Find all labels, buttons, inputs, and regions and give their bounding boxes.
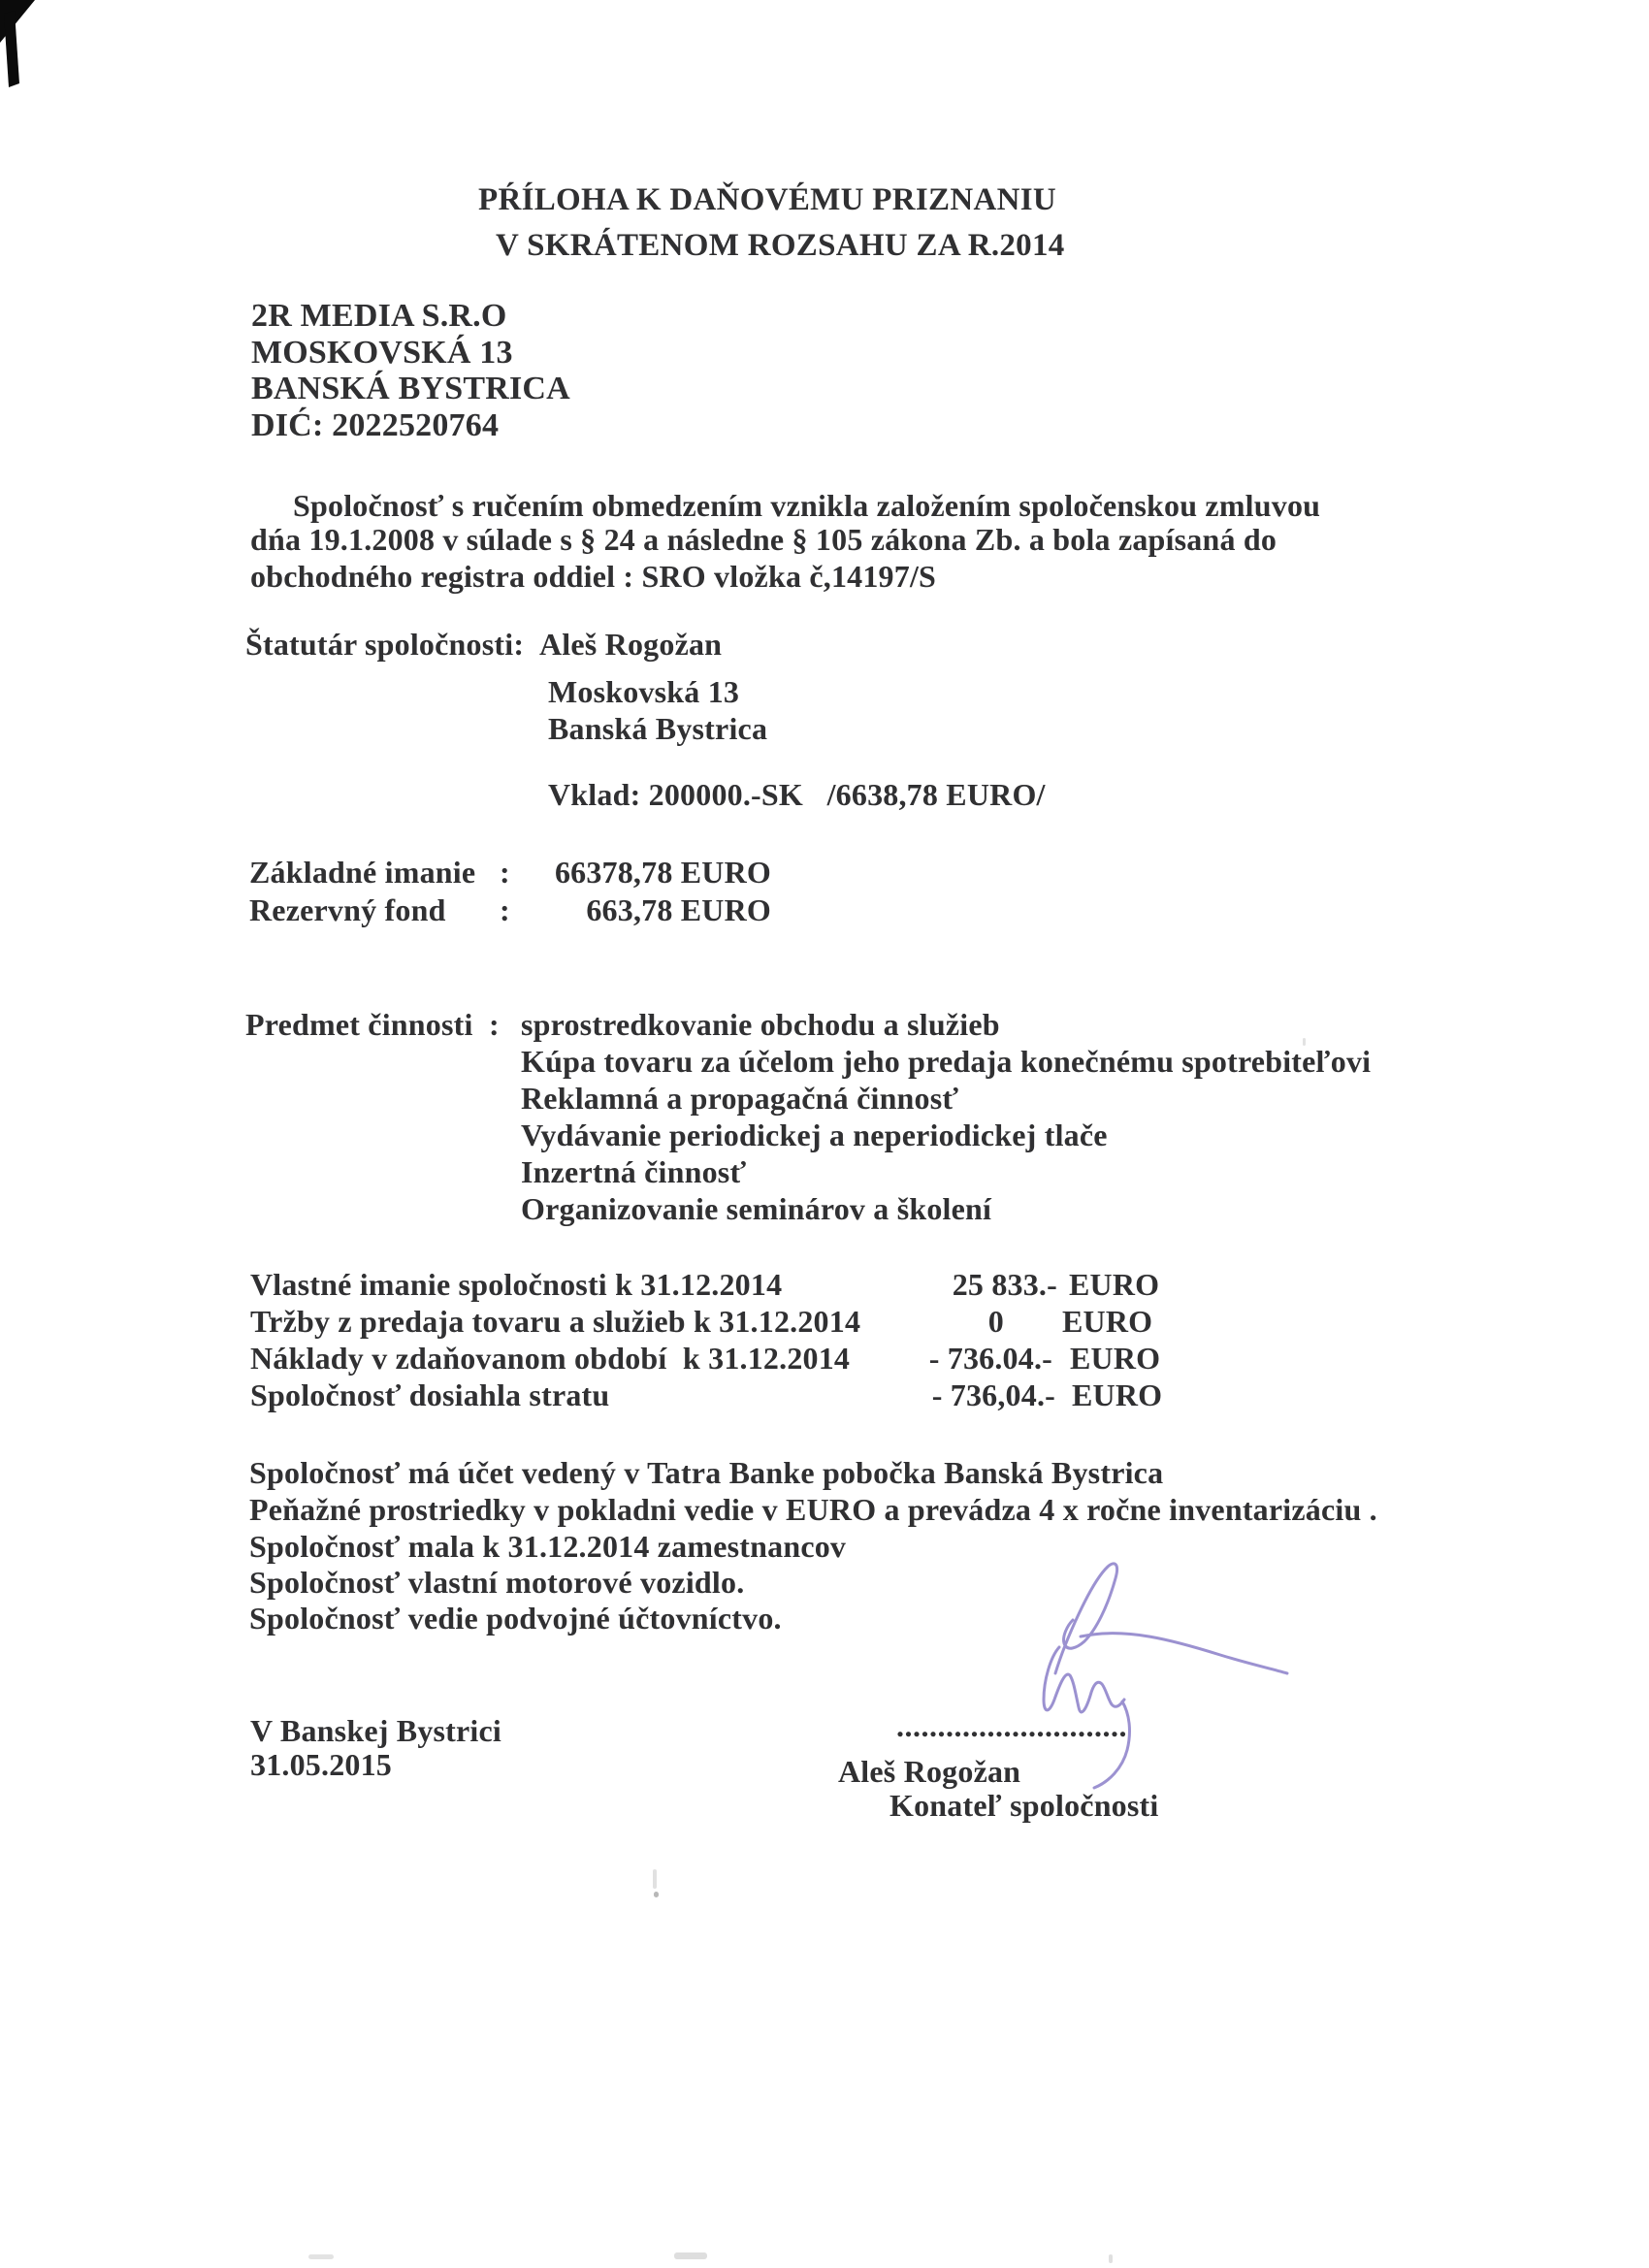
- document-page: PŔÍLOHA K DAŇOVÉMU PRIZNANIU V SKRÁTENOM…: [0, 0, 1649, 2268]
- note-line: Spoločnosť vedie podvojné účtovníctvo.: [249, 1601, 782, 1636]
- signature-dotted-line: ............................: [896, 1708, 1127, 1743]
- financial-row-value: 0: [829, 1304, 1004, 1339]
- financial-row-label: Tržby z predaja tovaru a služieb k 31.12…: [250, 1304, 860, 1339]
- statutory-name: Aleš Rogožan: [539, 627, 722, 662]
- financial-row-currency: EURO: [1070, 1341, 1160, 1376]
- financial-row-value: - 736.04.-: [829, 1341, 1052, 1376]
- intro-line: dńa 19.1.2008 v súlade s § 24 a následne…: [250, 522, 1277, 557]
- business-item: Kúpa tovaru za účelom jeho predaja koneč…: [521, 1044, 1371, 1079]
- business-item: Inzertná činnosť: [521, 1154, 746, 1189]
- footer-date: 31.05.2015: [250, 1747, 392, 1782]
- company-street: MOSKOVSKÁ 13: [251, 336, 513, 371]
- statutory-city: Banská Bystrica: [548, 711, 767, 746]
- company-city: BANSKÁ BYSTRICA: [251, 372, 570, 406]
- statutory-label: Štatutár spoločnosti:: [245, 627, 524, 662]
- financial-row-currency: EURO: [1069, 1267, 1159, 1302]
- business-item: sprostredkovanie obchodu a služieb: [521, 1007, 1000, 1042]
- financial-row-label: Náklady v zdaňovanom období k 31.12.2014: [250, 1341, 850, 1376]
- signer-name: Aleš Rogožan: [838, 1754, 1020, 1789]
- document-title-line1: PŔÍLOHA K DAŇOVÉMU PRIZNANIU: [478, 182, 1056, 217]
- capital-row-label: Základné imanie: [249, 855, 475, 890]
- financial-row-currency: EURO: [1072, 1377, 1162, 1412]
- capital-row-value: 663,78 EURO: [480, 892, 771, 927]
- footer-place: V Banskej Bystrici: [250, 1713, 501, 1748]
- note-line: Peňažné prostriedky v pokladni vedie v E…: [249, 1492, 1377, 1527]
- financial-row-label: Spoločnosť dosiahla stratu: [250, 1377, 609, 1412]
- note-line: Spoločnosť vlastní motorové vozidlo.: [249, 1565, 744, 1600]
- capital-row-value: 66378,78 EURO: [480, 855, 771, 890]
- company-name: 2R MEDIA S.R.O: [251, 299, 507, 334]
- financial-row-value: - 736,04.-: [829, 1377, 1055, 1412]
- capital-row-label: Rezervný fond: [249, 892, 446, 927]
- scan-artifact-smudge: [653, 1869, 657, 1889]
- signer-title: Konateľ spoločnosti: [889, 1788, 1159, 1823]
- scan-artifact-corner: [0, 0, 58, 107]
- statutory-street: Moskovská 13: [548, 674, 739, 709]
- document-title-line2: V SKRÁTENOM ROZSAHU ZA R.2014: [496, 228, 1065, 263]
- company-tax-id: DIĆ: 2022520764: [251, 408, 499, 443]
- scan-artifact-smudge: [654, 1892, 659, 1897]
- intro-line: obchodného registra oddiel : SRO vložka …: [250, 559, 936, 594]
- business-item: Vydávanie periodickej a neperiodickej tl…: [521, 1118, 1108, 1152]
- business-label: Predmet činnosti :: [245, 1007, 500, 1042]
- financial-row-currency: EURO: [1062, 1304, 1152, 1339]
- note-line: Spoločnosť mala k 31.12.2014 zamestnanco…: [249, 1529, 846, 1564]
- financial-row-value: 25 833.-: [829, 1267, 1057, 1302]
- financial-row-label: Vlastné imanie spoločnosti k 31.12.2014: [250, 1267, 782, 1302]
- scan-artifact-smudge: [674, 2252, 707, 2259]
- business-item: Reklamná a propagačná činnosť: [521, 1081, 958, 1116]
- scan-artifact-smudge: [308, 2254, 334, 2259]
- note-line: Spoločnosť má účet vedený v Tatra Banke …: [249, 1455, 1163, 1490]
- business-item: Organizovanie seminárov a školení: [521, 1191, 991, 1226]
- intro-line: Spoločnosť s ručením obmedzením vznikla …: [293, 488, 1320, 523]
- statutory-deposit: Vklad: 200000.-SK /6638,78 EURO/: [548, 777, 1046, 812]
- scan-artifact-smudge: [1109, 2254, 1113, 2263]
